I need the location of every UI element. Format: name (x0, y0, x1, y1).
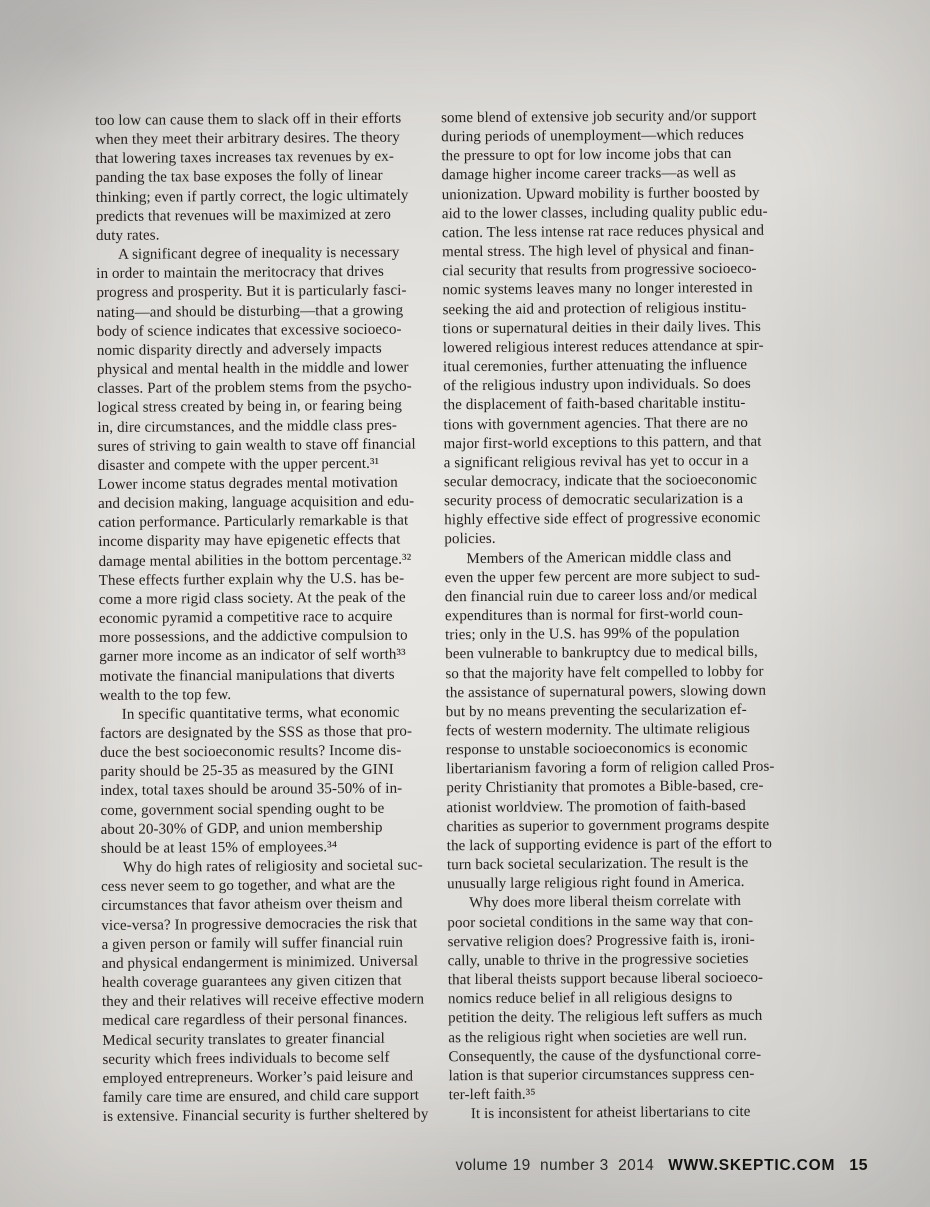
body-paragraph: It is inconsistent for atheist libertari… (449, 1103, 778, 1125)
body-paragraph: Why does more liberal theism correlate w… (447, 892, 778, 1105)
body-paragraph: some blend of extensive job security and… (441, 107, 773, 550)
page-footer: volume 19 number 3 2014 WWW.SKEPTIC.COM … (456, 1157, 869, 1175)
body-paragraph: too low can cause them to slack off in t… (95, 109, 425, 246)
body-paragraph: A significant degree of inequality is ne… (96, 244, 429, 706)
body-paragraph: Members of the American middle class and… (444, 547, 776, 894)
text-column-right: some blend of extensive job security and… (441, 107, 778, 1125)
article-body: too low can cause them to slack off in t… (95, 107, 778, 1128)
body-paragraph: Why do high rates of religiosity and soc… (101, 856, 432, 1127)
footer-site-url: WWW.SKEPTIC.COM (668, 1157, 835, 1175)
footer-issue-info: volume 19 number 3 2014 (456, 1157, 655, 1175)
body-paragraph: In specific quantitative terms, what eco… (100, 703, 430, 859)
footer-page-number: 15 (849, 1157, 868, 1175)
text-column-left: too low can cause them to slack off in t… (95, 109, 432, 1127)
